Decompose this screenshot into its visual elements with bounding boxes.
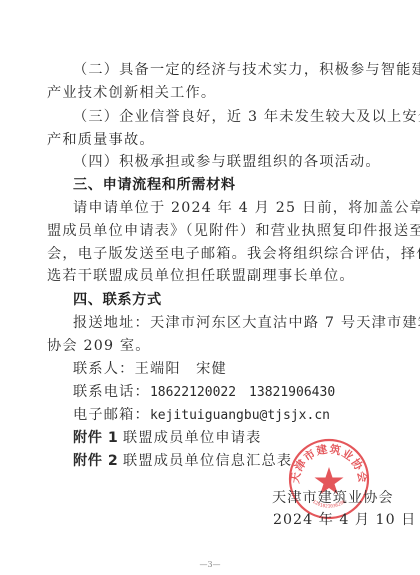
section-3-heading: 三、申请流程和所需材料 bbox=[73, 175, 372, 195]
paragraph-2-line-2: 产业技术创新相关工作。 bbox=[47, 83, 372, 103]
section-3-line-2: 盟成员单位申请表》（见附件）和营业执照复印件报送至我 bbox=[47, 221, 372, 241]
section-3-line-3: 会，电子版发送至电子邮箱。我会将组织综合评估，择优遴 bbox=[47, 244, 372, 264]
email-label: 电子邮箱： bbox=[73, 407, 150, 423]
address-line-1: 报送地址：天津市河东区大直沽中路 7 号天津市建筑业 bbox=[73, 313, 372, 333]
phone-label: 联系电话： bbox=[73, 384, 150, 400]
contact-person-row: 联系人：王端阳 宋健 bbox=[73, 359, 372, 379]
attachment-1-label: 附件 1 bbox=[73, 428, 123, 448]
official-seal-stamp-icon: 天津市建筑业协会 1201021036296 bbox=[287, 437, 371, 521]
section-3-line-4: 选若干联盟成员单位担任联盟副理事长单位。 bbox=[47, 266, 372, 286]
contact-phone-row: 联系电话：18622120022 13821906430 bbox=[73, 382, 372, 403]
section-3-line-1: 请申请单位于 2024 年 4 月 25 日前，将加盖公章的《联 bbox=[73, 198, 372, 218]
phone-numbers: 18622120022 13821906430 bbox=[150, 385, 335, 400]
paragraph-3-line-1: （三）企业信誉良好，近 3 年未发生较大及以上安全生 bbox=[73, 107, 372, 127]
attachment-1-title: 联盟成员单位申请表 bbox=[123, 430, 262, 446]
document-page: （二）具备一定的经济与技术实力，积极参与智能建造 产业技术创新相关工作。 （三）… bbox=[0, 0, 420, 575]
signature-org: 天津市建筑业协会 bbox=[272, 488, 394, 508]
paragraph-4-line-1: （四）积极承担或参与联盟组织的各项活动。 bbox=[73, 152, 372, 172]
paragraph-3-line-2: 产和质量事故。 bbox=[47, 130, 372, 150]
contact-names: 王端阳 宋健 bbox=[135, 361, 227, 377]
section-4-heading: 四、联系方式 bbox=[73, 290, 372, 310]
page-number: —3— bbox=[0, 560, 420, 569]
attachment-2-label: 附件 2 bbox=[73, 451, 123, 471]
address-line-2: 协会 209 室。 bbox=[47, 336, 372, 356]
contact-label: 联系人： bbox=[73, 361, 135, 377]
email-address[interactable]: kejituiguangbu@tjsjx.cn bbox=[150, 408, 330, 423]
contact-email-row: 电子邮箱：kejituiguangbu@tjsjx.cn bbox=[73, 405, 372, 426]
attachment-2-title: 联盟成员单位信息汇总表 bbox=[123, 453, 292, 469]
signature-date: 2024 年 4 月 10 日 bbox=[273, 510, 416, 530]
paragraph-2-line-1: （二）具备一定的经济与技术实力，积极参与智能建造 bbox=[73, 60, 372, 80]
